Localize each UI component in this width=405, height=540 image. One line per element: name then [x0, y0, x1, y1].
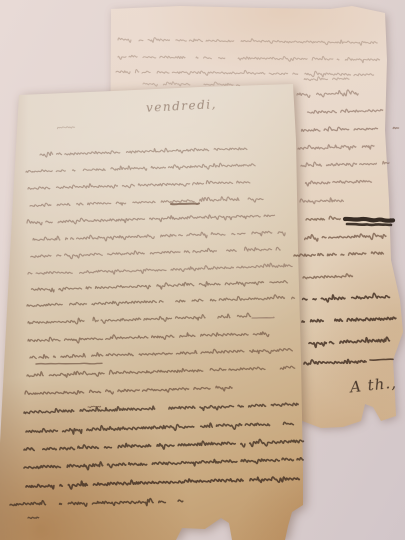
handwriting-stroke: [30, 349, 292, 359]
handwriting-stroke: [300, 198, 351, 204]
handwriting-stroke: [26, 163, 255, 172]
handwriting-stroke: [24, 439, 303, 450]
handwriting-stroke: [30, 197, 263, 207]
handwriting-stroke: [297, 90, 358, 98]
photo-of-handwritten-letters: vendredi, A th.,: [0, 0, 405, 540]
handwriting-stroke: [36, 363, 102, 364]
handwriting-stroke: [309, 337, 389, 347]
handwriting-stroke: [28, 263, 292, 274]
handwriting-stroke: [27, 295, 295, 307]
handwriting-stroke: [305, 233, 386, 241]
handwriting-stroke: [116, 70, 374, 77]
letter-page-back-wrap: [0, 0, 405, 540]
handwriting-stroke: [26, 422, 300, 434]
handwriting-stroke: [31, 281, 294, 292]
handwriting-stroke: [33, 231, 285, 241]
handwriting-stroke: [25, 386, 232, 394]
handwriting-stroke: [31, 247, 288, 259]
handwriting-stroke: [40, 148, 247, 157]
handwriting-stroke: [28, 181, 256, 190]
handwriting-stroke: [347, 224, 391, 225]
handwriting-stroke: [308, 109, 393, 113]
handwriting-stroke: [345, 219, 393, 221]
handwriting-stroke: [118, 55, 380, 62]
handwriting-stroke: [171, 203, 199, 204]
handwriting-stroke: [27, 215, 275, 225]
handwriting-stroke: [303, 274, 353, 279]
handwriting-stroke: [306, 216, 340, 220]
handwriting-stroke: [28, 332, 273, 343]
handwriting-stroke: [143, 82, 240, 86]
handwriting-stroke: [28, 517, 39, 518]
handwriting-stroke: [294, 252, 397, 256]
handwriting-stroke: [303, 293, 390, 302]
handwriting-stroke: [304, 359, 366, 364]
letter-signature: A th.,: [349, 374, 397, 397]
handwriting-stroke: [302, 317, 396, 322]
handwriting-stroke: [24, 458, 303, 470]
handwriting-stroke: [304, 77, 349, 81]
handwriting-stroke: [57, 127, 81, 129]
handwriting-stroke: [10, 499, 183, 507]
handwriting-stroke: [118, 38, 377, 46]
handwriting-stroke: [88, 406, 101, 407]
handwriting-stroke: [301, 161, 389, 166]
handwriting-stroke: [24, 403, 298, 413]
letter-page-back: [0, 0, 405, 540]
handwriting-stroke: [28, 313, 251, 324]
letter-page-front: [0, 0, 405, 540]
handwriting-stroke: [298, 145, 374, 150]
handwriting-stroke: [27, 366, 295, 377]
handwriting-stroke: [306, 180, 372, 185]
handwriting-stroke: [26, 477, 299, 489]
handwriting-stroke: [302, 127, 399, 131]
handwriting-overlay: [0, 0, 405, 540]
letter-dateline: vendredi,: [146, 97, 218, 115]
letter-page-front-wrap: [0, 0, 405, 540]
handwriting-stroke: [370, 359, 393, 360]
handwriting-stroke: [252, 317, 274, 318]
